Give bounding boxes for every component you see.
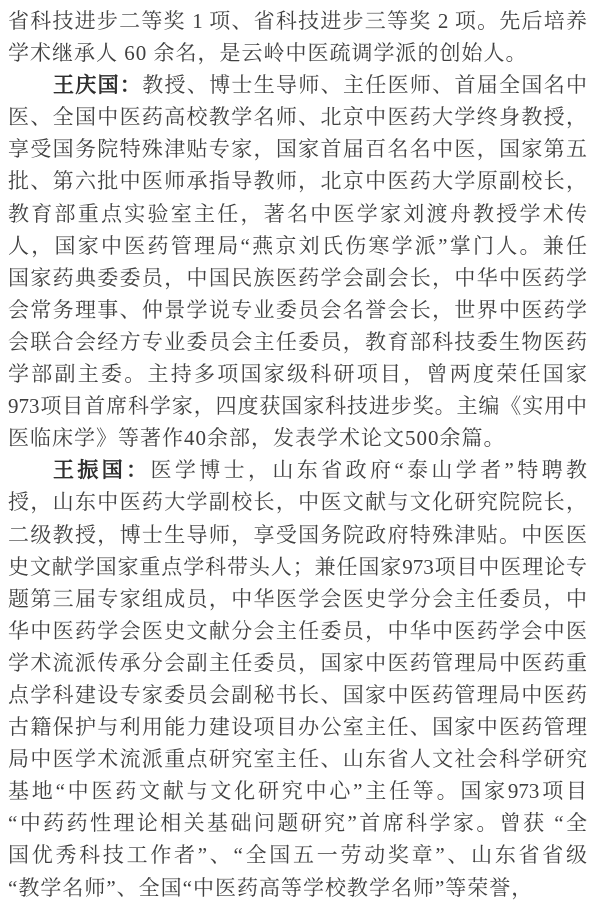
text-segment: 国家药典委委员，中国民族医药学会副会长，中华中医药学 — [8, 266, 587, 290]
person-name: 王庆国： — [53, 73, 142, 97]
person-name: 王振国： — [53, 458, 151, 482]
text-line: 学术继承人 60 余名，是云岭中医疏调学派的创始人。 — [8, 37, 587, 69]
text-line: 史文献学国家重点学科带头人；兼任国家973项目中医理论专 — [8, 551, 587, 583]
text-line: 王庆国：教授、博士生导师、主任医师、首届全国名中 — [8, 69, 587, 101]
text-line: 医、全国中医药高校教学名师、北京中医药大学终身教授， — [8, 101, 587, 133]
text-line: 王振国：医学博士，山东省政府“泰山学者”特聘教 — [8, 454, 587, 486]
text-line: 省科技进步二等奖 1 项、省科技进步三等奖 2 项。先后培养 — [8, 5, 587, 37]
text-line: 医临床学》等著作40余部，发表学术论文500余篇。 — [8, 422, 587, 454]
text-segment: 二级教授，博士生导师，享受国务院政府特殊津贴。中医医 — [8, 523, 587, 547]
document-page: 省科技进步二等奖 1 项、省科技进步三等奖 2 项。先后培养学术继承人 60 余… — [0, 0, 592, 911]
text-line: 题第三届专家组成员，中华医学会医史学分会主任委员，中 — [8, 583, 587, 615]
text-segment: 点学科建设专家委员会副秘书长、国家中医药管理局中医药 — [8, 683, 587, 707]
text-line: “教学名师”、全国“中医药高等学校教学名师”等荣誉， — [8, 872, 587, 904]
text-line: 国优秀科技工作者”、“全国五一劳动奖章”、山东省省级 — [8, 839, 587, 871]
text-segment: 授，山东中医药大学副校长，中医文献与文化研究院院长， — [8, 490, 587, 514]
text-segment: 医临床学》等著作40余部，发表学术论文500余篇。 — [8, 426, 506, 450]
text-segment: 会联合会经方专业委员会主任委员，教育部科技委生物医药 — [8, 330, 587, 354]
text-line: 人，国家中医药管理局“燕京刘氏伤寒学派”掌门人。兼任 — [8, 230, 587, 262]
text-line: 授，山东中医药大学副校长，中医文献与文化研究院院长， — [8, 486, 587, 518]
text-segment: 医学博士，山东省政府“泰山学者”特聘教 — [151, 458, 587, 482]
text-segment: 史文献学国家重点学科带头人；兼任国家973项目中医理论专 — [8, 555, 587, 579]
text-line: 二级教授，博士生导师，享受国务院政府特殊津贴。中医医 — [8, 519, 587, 551]
text-segment: 973项目首席科学家，四度获国家科技进步奖。主编《实用中 — [8, 394, 587, 418]
text-segment: 华中医药学会医史文献分会主任委员，中华中医药学会中医 — [8, 619, 587, 643]
text-line: 基地“中医药文献与文化研究中心”主任等。国家973项目 — [8, 775, 587, 807]
text-segment: 国优秀科技工作者”、“全国五一劳动奖章”、山东省省级 — [8, 843, 587, 867]
text-segment: “中药药性理论相关基础问题研究”首席科学家。曾获 “全 — [8, 811, 587, 835]
text-segment: 古籍保护与利用能力建设项目办公室主任、国家中医药管理 — [8, 715, 587, 739]
text-segment: 享受国务院特殊津贴专家，国家首届百名名中医，国家第五 — [8, 137, 587, 161]
biography-text-block: 省科技进步二等奖 1 项、省科技进步三等奖 2 项。先后培养学术继承人 60 余… — [8, 5, 587, 904]
text-segment: 教育部重点实验室主任，著名中医学家刘渡舟教授学术传 — [8, 202, 587, 226]
text-line: 学部副主委。主持多项国家级科研项目，曾两度荣任国家 — [8, 358, 587, 390]
text-line: 古籍保护与利用能力建设项目办公室主任、国家中医药管理 — [8, 711, 587, 743]
text-line: 局中医学术流派重点研究室主任、山东省人文社会科学研究 — [8, 743, 587, 775]
text-line: “中药药性理论相关基础问题研究”首席科学家。曾获 “全 — [8, 807, 587, 839]
text-segment: 题第三届专家组成员，中华医学会医史学分会主任委员，中 — [8, 587, 587, 611]
text-segment: “教学名师”、全国“中医药高等学校教学名师”等荣誉， — [8, 876, 533, 900]
text-segment: 基地“中医药文献与文化研究中心”主任等。国家973项目 — [8, 779, 587, 803]
text-line: 享受国务院特殊津贴专家，国家首届百名名中医，国家第五 — [8, 133, 587, 165]
text-segment: 学术继承人 60 余名，是云岭中医疏调学派的创始人。 — [8, 41, 528, 65]
text-line: 教育部重点实验室主任，著名中医学家刘渡舟教授学术传 — [8, 198, 587, 230]
text-segment: 人，国家中医药管理局“燕京刘氏伤寒学派”掌门人。兼任 — [8, 234, 587, 258]
text-line: 国家药典委委员，中国民族医药学会副会长，中华中医药学 — [8, 262, 587, 294]
text-line: 学术流派传承分会副主任委员，国家中医药管理局中医药重 — [8, 647, 587, 679]
text-line: 会常务理事、仲景学说专业委员会名誉会长，世界中医药学 — [8, 294, 587, 326]
text-segment: 学术流派传承分会副主任委员，国家中医药管理局中医药重 — [8, 651, 587, 675]
text-segment: 会常务理事、仲景学说专业委员会名誉会长，世界中医药学 — [8, 298, 587, 322]
text-line: 华中医药学会医史文献分会主任委员，中华中医药学会中医 — [8, 615, 587, 647]
text-segment: 省科技进步二等奖 1 项、省科技进步三等奖 2 项。先后培养 — [8, 9, 587, 33]
text-segment: 批、第六批中医师承指导教师，北京中医药大学原副校长， — [8, 169, 587, 193]
text-segment: 医、全国中医药高校教学名师、北京中医药大学终身教授， — [8, 105, 587, 129]
text-line: 批、第六批中医师承指导教师，北京中医药大学原副校长， — [8, 165, 587, 197]
text-segment: 教授、博士生导师、主任医师、首届全国名中 — [142, 73, 587, 97]
text-line: 会联合会经方专业委员会主任委员，教育部科技委生物医药 — [8, 326, 587, 358]
text-line: 点学科建设专家委员会副秘书长、国家中医药管理局中医药 — [8, 679, 587, 711]
text-segment: 学部副主委。主持多项国家级科研项目，曾两度荣任国家 — [8, 362, 587, 386]
text-line: 973项目首席科学家，四度获国家科技进步奖。主编《实用中 — [8, 390, 587, 422]
text-segment: 局中医学术流派重点研究室主任、山东省人文社会科学研究 — [8, 747, 587, 771]
